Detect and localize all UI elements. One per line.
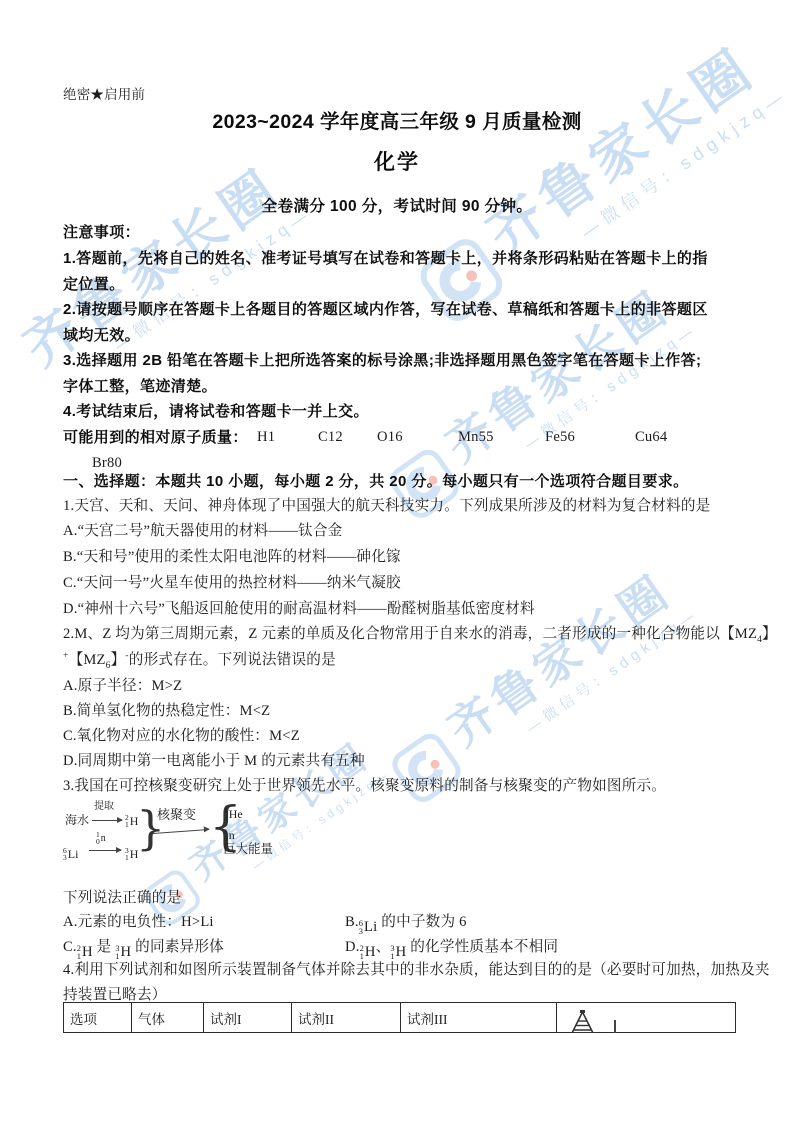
atomic-mass-value: Fe56 (545, 427, 575, 448)
atomic-mass-value: H1 (257, 427, 275, 448)
table-apparatus-cell (557, 1003, 736, 1033)
notice-line: 3.选择题用 2B 铅笔在答题卡上把所选答案的标号涂黑;非选择题用黑色签字笔在答… (63, 350, 701, 372)
notice-line: 域均无效。 (63, 325, 140, 347)
notice-line: 字体工整，笔迹清楚。 (63, 376, 217, 398)
table-header-row: 选项 气体 试剂I 试剂II 试剂III (64, 1003, 736, 1033)
atomic-mass-value: O16 (377, 427, 403, 448)
helium-nuclide: 42He (224, 802, 243, 821)
notice-line: 1.答题前，先将自己的姓名、准考证号填写在试卷和答题卡上，并将条形码粘贴在答题卡… (63, 248, 708, 270)
notice-line: 4.考试结束后，请将试卷和答题卡一并上交。 (63, 401, 369, 423)
q2-stem-line2: +【MZ6】-的形式存在。下列说法错误的是 (63, 650, 336, 672)
fusion-label: 核聚变 (157, 808, 196, 822)
q3-option-c: C.21H 是 31H 的同素异形体 (63, 937, 224, 959)
q3-option-a: A.元素的电负性：H>Li (63, 912, 214, 934)
watermark-brand: 齐鲁家长圈 (478, 32, 775, 263)
nuclide: 63Li (63, 847, 78, 861)
exam-meta: 全卷满分 100 分，考试时间 90 分钟。 (0, 196, 794, 218)
q3-follow: 下列说法正确的是 (63, 888, 181, 910)
q1-option-a: A.“天宫二号”航天器使用的材料——钛合金 (63, 521, 342, 543)
q2-option-d: D.同周期中第一电离能小于 M 的元素共有五种 (63, 751, 365, 773)
extract-arrow-icon (92, 820, 122, 821)
watermark-brand: 齐鲁家长圈 (440, 561, 687, 753)
q1-option-c: C.“天问一号”火星车使用的热控材料——纳米气凝胶 (63, 573, 401, 595)
q4-table: 选项 气体 试剂I 试剂II 试剂III (63, 1002, 736, 1033)
neutron-out-nuclide: 10n (224, 823, 235, 842)
q2-option-b: B.简单氢化物的热稳定性：M<Z (63, 701, 270, 723)
secrecy-label: 绝密★启用前 (63, 84, 145, 106)
subject-title: 化学 (0, 152, 794, 174)
neutron-in-label: 10n (96, 829, 106, 845)
lithium-nuclide: 63Li (63, 842, 78, 861)
atomic-masses-label: 可能用到的相对原子质量： (63, 429, 248, 446)
energy-label: 巨大能量 (223, 842, 273, 856)
exam-page: 齐鲁家长圈—微信号：sdgkjzq—齐鲁家长圈—微信号：sdgkjzq—齐鲁家长… (0, 0, 794, 1123)
diagram-seawater-label: 海水 (65, 813, 89, 827)
diagram-extract-label: 提取 (94, 801, 114, 812)
atomic-masses-line: 可能用到的相对原子质量： H1C12O16Mn55Fe56Cu64 (63, 427, 733, 449)
q1-option-b: B.“天和号”使用的柔性太阳电池阵的材料——砷化镓 (63, 547, 401, 569)
nuclide: 42He (224, 807, 243, 821)
nuclide: 10n (224, 828, 235, 842)
table-header-reagent2: 试剂II (292, 1003, 401, 1033)
notice-line: 2.请按题号顺序在答题卡上各题目的答题区域内作答，写在试卷、草稿纸和答题卡上的非… (63, 299, 708, 321)
fusion-diagram: 海水 提取 21H 63Li 10n 31H } 核聚变 { 42He 10n … (63, 800, 293, 864)
atomic-mass-value: Cu64 (635, 427, 667, 448)
atomic-mass-value: Mn55 (458, 427, 494, 448)
watermark: 齐鲁家长圈—微信号：sdgkjzq— (409, 32, 791, 335)
nuclide: 10n (96, 831, 106, 845)
apparatus-flask-icon (569, 1009, 649, 1033)
table-header-gas: 气体 (132, 1003, 204, 1033)
q2-stem-line1: 2.M、Z 均为第三周期元素，Z 元素的单质及化合物常用于自来水的消毒，二者形成… (63, 624, 777, 646)
neutron-arrow-icon (89, 850, 121, 851)
notice-line: 定位置。 (63, 274, 125, 296)
q3-option-d: D.21H、31H 的化学性质基本不相同 (345, 937, 558, 959)
table-header-option: 选项 (64, 1003, 132, 1033)
q2-option-a: A.原子半径：M>Z (63, 676, 182, 698)
notice-title: 注意事项： (63, 222, 140, 244)
q2-option-c: C.氧化物对应的水化物的酸性：M<Z (63, 726, 300, 748)
atomic-mass-value: C12 (318, 427, 343, 448)
section1-heading: 一、选择题：本题共 10 小题，每小题 2 分，共 20 分。每小题只有一个选项… (63, 471, 689, 493)
table-header-reagent1: 试剂I (204, 1003, 292, 1033)
exam-title: 2023~2024 学年度高三年级 9 月质量检测 (0, 112, 794, 134)
nuclide: 63Li (359, 917, 378, 938)
q1-option-d: D.“神州十六号”飞船返回舱使用的耐高温材料——酚醛树脂基低密度材料 (63, 599, 535, 621)
q4-stem-line1: 4.利用下列试剂和如图所示装置制备气体并除去其中的非水杂质，能达到目的的是（必要… (63, 960, 770, 982)
q3-option-b: B.63Li 的中子数为 6 (345, 912, 467, 934)
q1-stem: 1.天宫、天和、天问、神舟体现了中国强大的航天科技实力。下列成果所涉及的材料为复… (63, 496, 710, 518)
watermark-subtext: —微信号：sdgkjzq— (111, 205, 315, 355)
q3-stem: 3.我国在可控核聚变研究上处于世界领先水平。核聚变原料的制备与核聚变的产物如图所… (63, 776, 666, 798)
table-header-reagent3: 试剂III (401, 1003, 557, 1033)
